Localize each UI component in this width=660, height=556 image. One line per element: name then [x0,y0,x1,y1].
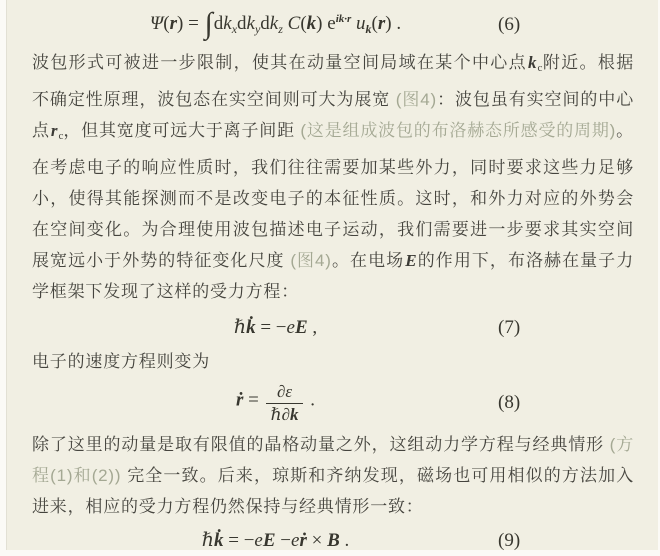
annotation-text: (这是组成波包的布洛赫态所感受的周期) [300,121,616,140]
equation-token: E [263,530,276,551]
equation-token: . [305,390,315,411]
fraction-numerator: ∂ε [266,382,304,404]
equation-token: d [260,13,270,34]
equation-token: e [254,530,262,551]
equation-token: ℏ [271,405,282,424]
equation-body: ṙ = ∂εℏ∂k . [236,382,315,424]
equation-token: , [308,317,318,338]
annotation-text: (图4) [396,90,437,109]
page-frame: Ψ(r) = ∫dkxdkydkz C(k) eik·r uk(r) .(6)波… [0,0,660,556]
equation-token: ∂ [282,405,290,424]
equation-token: k [307,13,317,34]
equation-token: k [247,13,255,34]
equation-token: ik·r [336,13,352,25]
annotation-text: (图4) [290,251,331,270]
equation-body: ℏk̇ = −eE , [234,316,317,339]
equation-token: k [223,13,231,34]
equation-token: ℏ [202,530,214,551]
equation-token: − [276,530,291,551]
equation-token: k [270,13,278,34]
equation-number: (9) [498,530,520,552]
equation-number: (7) [498,317,520,339]
article-body: Ψ(r) = ∫dkxdkydkz C(k) eik·r uk(r) .(6)波… [7,0,658,550]
equation-token: ε [285,382,292,401]
equation-9: ℏk̇ = −eE −eṙ × B .(9) [32,529,634,552]
body-text: ，但其宽度可远大于离子间距 [63,121,300,140]
equation-token: E [295,317,308,338]
equation-token: × [307,530,327,551]
body-text: 电子的速度方程则变为 [32,352,210,371]
body-text: 完全一致。后来，琼斯和齐纳发现，磁场也可用相似的方法加入进来，相应的受力方程仍然… [32,466,634,516]
equation-token: . [340,530,350,551]
equation-token: ) . [385,13,401,34]
body-text: 。在考虑电子的响应性质时，我们往往需要加某些外力，同时要求这些力足够小，使得其能… [32,121,634,270]
fraction: ∂εℏ∂k [266,382,304,424]
equation-number: (8) [498,392,520,414]
equation-token: ṙ [299,530,306,551]
equation-token: B [327,530,340,551]
equation-token: = [243,390,263,411]
equation-token: ∫ [204,7,214,40]
equation-token: = − [223,530,254,551]
equation-token: = − [256,317,287,338]
equation-6: Ψ(r) = ∫dkxdkydkz C(k) eik·r uk(r) .(6) [32,13,634,37]
equation-token: ) = [177,13,204,34]
equation-token: d [237,13,247,34]
equation-token: u [351,13,365,34]
equation-token: k [290,405,299,424]
paragraph: 波包形式可被进一步限制，使其在动量空间局域在某个中心点kc附近。根据不确定性原理… [32,47,634,307]
body-text: 。在电场 [332,251,404,270]
equation-body: ℏk̇ = −eE −eṙ × B . [202,529,350,552]
body-text: 除了这里的动量是取有限值的晶格动量之外，这组动力学方程与经典情形 [32,435,610,454]
equation-token: e [287,317,295,338]
paragraph: 电子的速度方程则变为 [32,346,634,377]
equation-token: r [170,13,177,34]
equation-number: (6) [498,14,520,36]
equation-token: Ψ [150,13,163,34]
paragraph: 除了这里的动量是取有限值的晶格动量之外，这组动力学方程与经典情形 (方程(1)和… [32,429,634,522]
equation-token: ℏ [234,317,246,338]
equation-token: k̇ [246,317,256,338]
equation-8: ṙ = ∂εℏ∂k .(8) [32,382,634,424]
equation-body: Ψ(r) = ∫dkxdkydkz C(k) eik·r uk(r) . [150,13,401,37]
math-variable: E [404,251,417,270]
equation-token: ) e [316,13,336,34]
equation-token: C [283,13,300,34]
equation-token: d [214,13,224,34]
article-page: Ψ(r) = ∫dkxdkydkz C(k) eik·r uk(r) .(6)波… [6,0,658,550]
math-variable: k [527,53,538,72]
equation-7: ℏk̇ = −eE ,(7) [32,316,634,339]
fraction-denominator: ℏ∂k [266,404,304,425]
body-text: 波包形式可被进一步限制，使其在动量空间局域在某个中心点 [32,53,527,72]
